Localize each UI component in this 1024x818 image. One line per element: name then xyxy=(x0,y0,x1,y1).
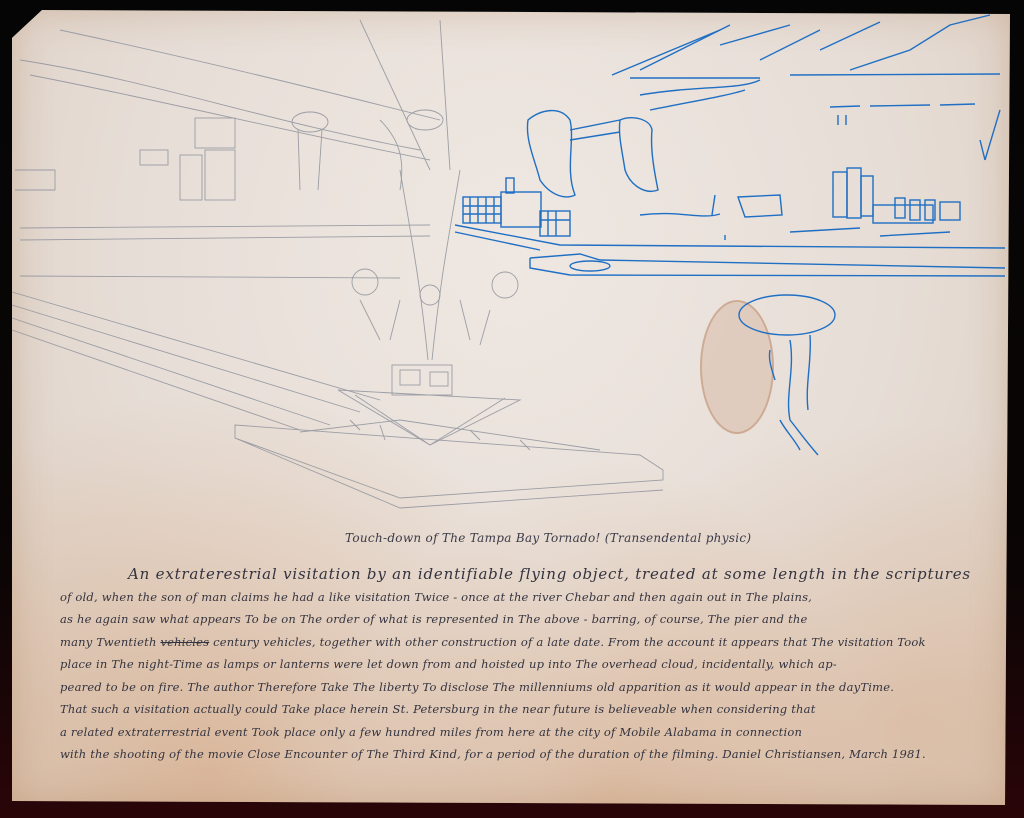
text-line-9-signature: with the shooting of the movie Close Enc… xyxy=(60,743,1000,766)
text-line-8: a related extraterrestrial event Took pl… xyxy=(60,721,1000,744)
ink-sketch xyxy=(455,15,1005,455)
struck-word: vehicles xyxy=(160,635,209,649)
text-line-6: peared to be on fire. The author Therefo… xyxy=(60,676,1000,699)
text-line-1: An extraterestrial visitation by an iden… xyxy=(60,563,1000,586)
text-line-7: That such a visitation actually could Ta… xyxy=(60,698,1000,721)
text-line-3: as he again saw what appears To be on Th… xyxy=(60,608,1000,631)
text-line-4-start: many Twentieth xyxy=(60,635,157,649)
text-line-2: of old, when the son of man claims he ha… xyxy=(60,586,1000,609)
drawing-caption: Touch-down of The Tampa Bay Tornado! (Tr… xyxy=(345,531,751,545)
handwritten-description: An extraterestrial visitation by an iden… xyxy=(60,563,1000,766)
text-line-5: place in The night-Time as lamps or lant… xyxy=(60,653,1000,676)
text-line-4: many Twentieth vehicles century vehicles… xyxy=(60,631,1000,654)
pencil-sketch xyxy=(12,20,663,508)
text-line-4-rest: century vehicles, together with other co… xyxy=(213,635,926,649)
